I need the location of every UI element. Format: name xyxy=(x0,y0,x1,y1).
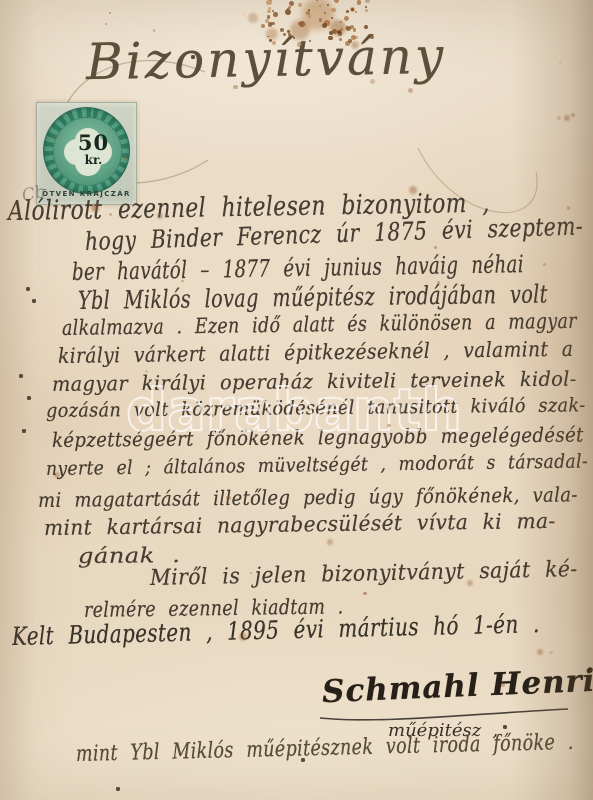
attribution-line: mint Ybl Miklós műépitésznek volt iroda … xyxy=(76,730,574,767)
handwriting-line: képzettségeért főnökének legnagyobb mege… xyxy=(52,422,584,452)
handwriting-line: királyi várkert alatti épitkezéseknél , … xyxy=(58,337,574,368)
revenue-stamp: 50 kr. ÖTVEN KRAJCZÁR xyxy=(36,102,137,205)
signature: Schmahl Henrik xyxy=(321,662,593,710)
handwriting-line: mi magatartását illetőleg pedig úgy főnö… xyxy=(38,482,578,512)
handwriting-line: mint kartársai nagyrabecsülését vívta ki… xyxy=(44,509,556,540)
handwriting-line: nyerte el ; általános müveltségét , modo… xyxy=(46,450,588,480)
handwriting-line: gozásán volt közremüködésénél tanusitott… xyxy=(46,394,586,422)
handwriting-line: magyar királyi operaház kiviteli tervein… xyxy=(52,367,577,396)
stamp-currency: kr. xyxy=(44,154,143,166)
handwriting-line: gának . xyxy=(78,543,181,568)
handwriting-line: Miről is jelen bizonyitványt saját ké- xyxy=(150,557,578,591)
stamp-denomination: 50 xyxy=(44,132,143,153)
document-photo: Bizonyítvány 50 kr. ÖTVEN KRAJCZÁR Cb Al… xyxy=(0,0,593,800)
document-title: Bizonyítvány xyxy=(86,27,447,91)
stamp-wreath-medallion: 50 kr. xyxy=(43,107,130,194)
